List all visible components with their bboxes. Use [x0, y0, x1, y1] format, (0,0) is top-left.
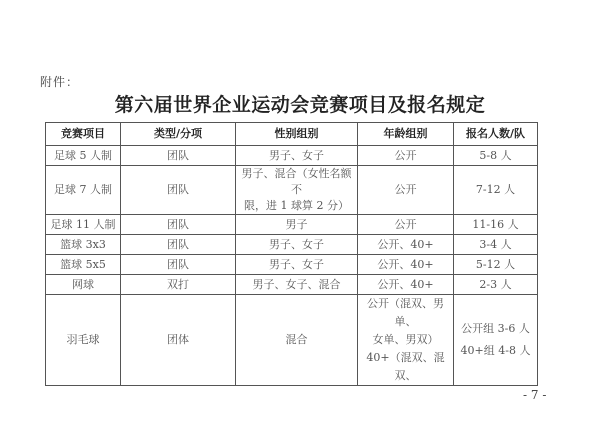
cell-size: 公开组 3-6 人 40+组 4-8 人	[454, 295, 538, 386]
cell-type: 团队	[121, 215, 236, 235]
cell-age: 公开、40+	[358, 235, 454, 255]
table-row: 篮球 5x5 团队 男子、女子 公开、40+ 5-12 人	[46, 255, 538, 275]
cell-event: 篮球 5x5	[46, 255, 121, 275]
cell-event: 羽毛球	[46, 295, 121, 386]
cell-line: 40+（混双、混双、	[360, 349, 451, 385]
cell-line: 公开组 3-6 人	[456, 318, 535, 340]
cell-age: 公开	[358, 146, 454, 166]
cell-line: 限，进 1 球算 2 分）	[238, 198, 355, 214]
cell-line: 公开（混双、男单、	[360, 295, 451, 331]
cell-type: 团队	[121, 146, 236, 166]
table-header-row: 竞赛项目 类型/分项 性别组别 年龄组别 报名人数/队	[46, 123, 538, 146]
cell-type: 团队	[121, 235, 236, 255]
registration-table: 竞赛项目 类型/分项 性别组别 年龄组别 报名人数/队 足球 5 人制 团队 男…	[45, 122, 538, 386]
cell-gender: 混合	[236, 295, 358, 386]
cell-size: 5-12 人	[454, 255, 538, 275]
table-row: 足球 7 人制 团队 男子、混合（女性名额不 限，进 1 球算 2 分） 公开 …	[46, 166, 538, 215]
cell-type: 团队	[121, 166, 236, 215]
table-row: 羽毛球 团体 混合 公开（混双、男单、 女单、男双） 40+（混双、混双、 公开…	[46, 295, 538, 386]
cell-age: 公开、40+	[358, 255, 454, 275]
cell-gender: 男子、女子	[236, 235, 358, 255]
cell-line: 女单、男双）	[360, 331, 451, 349]
page-number: - 7 -	[523, 388, 546, 402]
header-gender: 性别组别	[236, 123, 358, 146]
cell-event: 篮球 3x3	[46, 235, 121, 255]
cell-size: 2-3 人	[454, 275, 538, 295]
cell-gender: 男子、女子	[236, 255, 358, 275]
cell-event: 足球 11 人制	[46, 215, 121, 235]
cell-age: 公开（混双、男单、 女单、男双） 40+（混双、混双、	[358, 295, 454, 386]
cell-event: 足球 7 人制	[46, 166, 121, 215]
table-row: 足球 11 人制 团队 男子 公开 11-16 人	[46, 215, 538, 235]
cell-line: 40+组 4-8 人	[456, 340, 535, 362]
cell-age: 公开	[358, 166, 454, 215]
header-size: 报名人数/队	[454, 123, 538, 146]
cell-size: 5-8 人	[454, 146, 538, 166]
table-row: 网球 双打 男子、女子、混合 公开、40+ 2-3 人	[46, 275, 538, 295]
document-title: 第六届世界企业运动会竞赛项目及报名规定	[0, 90, 600, 117]
header-event: 竞赛项目	[46, 123, 121, 146]
cell-gender: 男子、混合（女性名额不 限，进 1 球算 2 分）	[236, 166, 358, 215]
header-type: 类型/分项	[121, 123, 236, 146]
cell-gender: 男子、女子	[236, 146, 358, 166]
cell-gender: 男子	[236, 215, 358, 235]
table-row: 篮球 3x3 团队 男子、女子 公开、40+ 3-4 人	[46, 235, 538, 255]
cell-event: 网球	[46, 275, 121, 295]
cell-size: 11-16 人	[454, 215, 538, 235]
cell-age: 公开、40+	[358, 275, 454, 295]
cell-age: 公开	[358, 215, 454, 235]
cell-size: 7-12 人	[454, 166, 538, 215]
header-age: 年龄组别	[358, 123, 454, 146]
cell-line: 男子、混合（女性名额不	[238, 166, 355, 198]
cell-size: 3-4 人	[454, 235, 538, 255]
table-row: 足球 5 人制 团队 男子、女子 公开 5-8 人	[46, 146, 538, 166]
cell-gender: 男子、女子、混合	[236, 275, 358, 295]
cell-type: 团队	[121, 255, 236, 275]
cell-type: 团体	[121, 295, 236, 386]
attachment-label: 附件：	[40, 73, 79, 90]
cell-type: 双打	[121, 275, 236, 295]
cell-event: 足球 5 人制	[46, 146, 121, 166]
